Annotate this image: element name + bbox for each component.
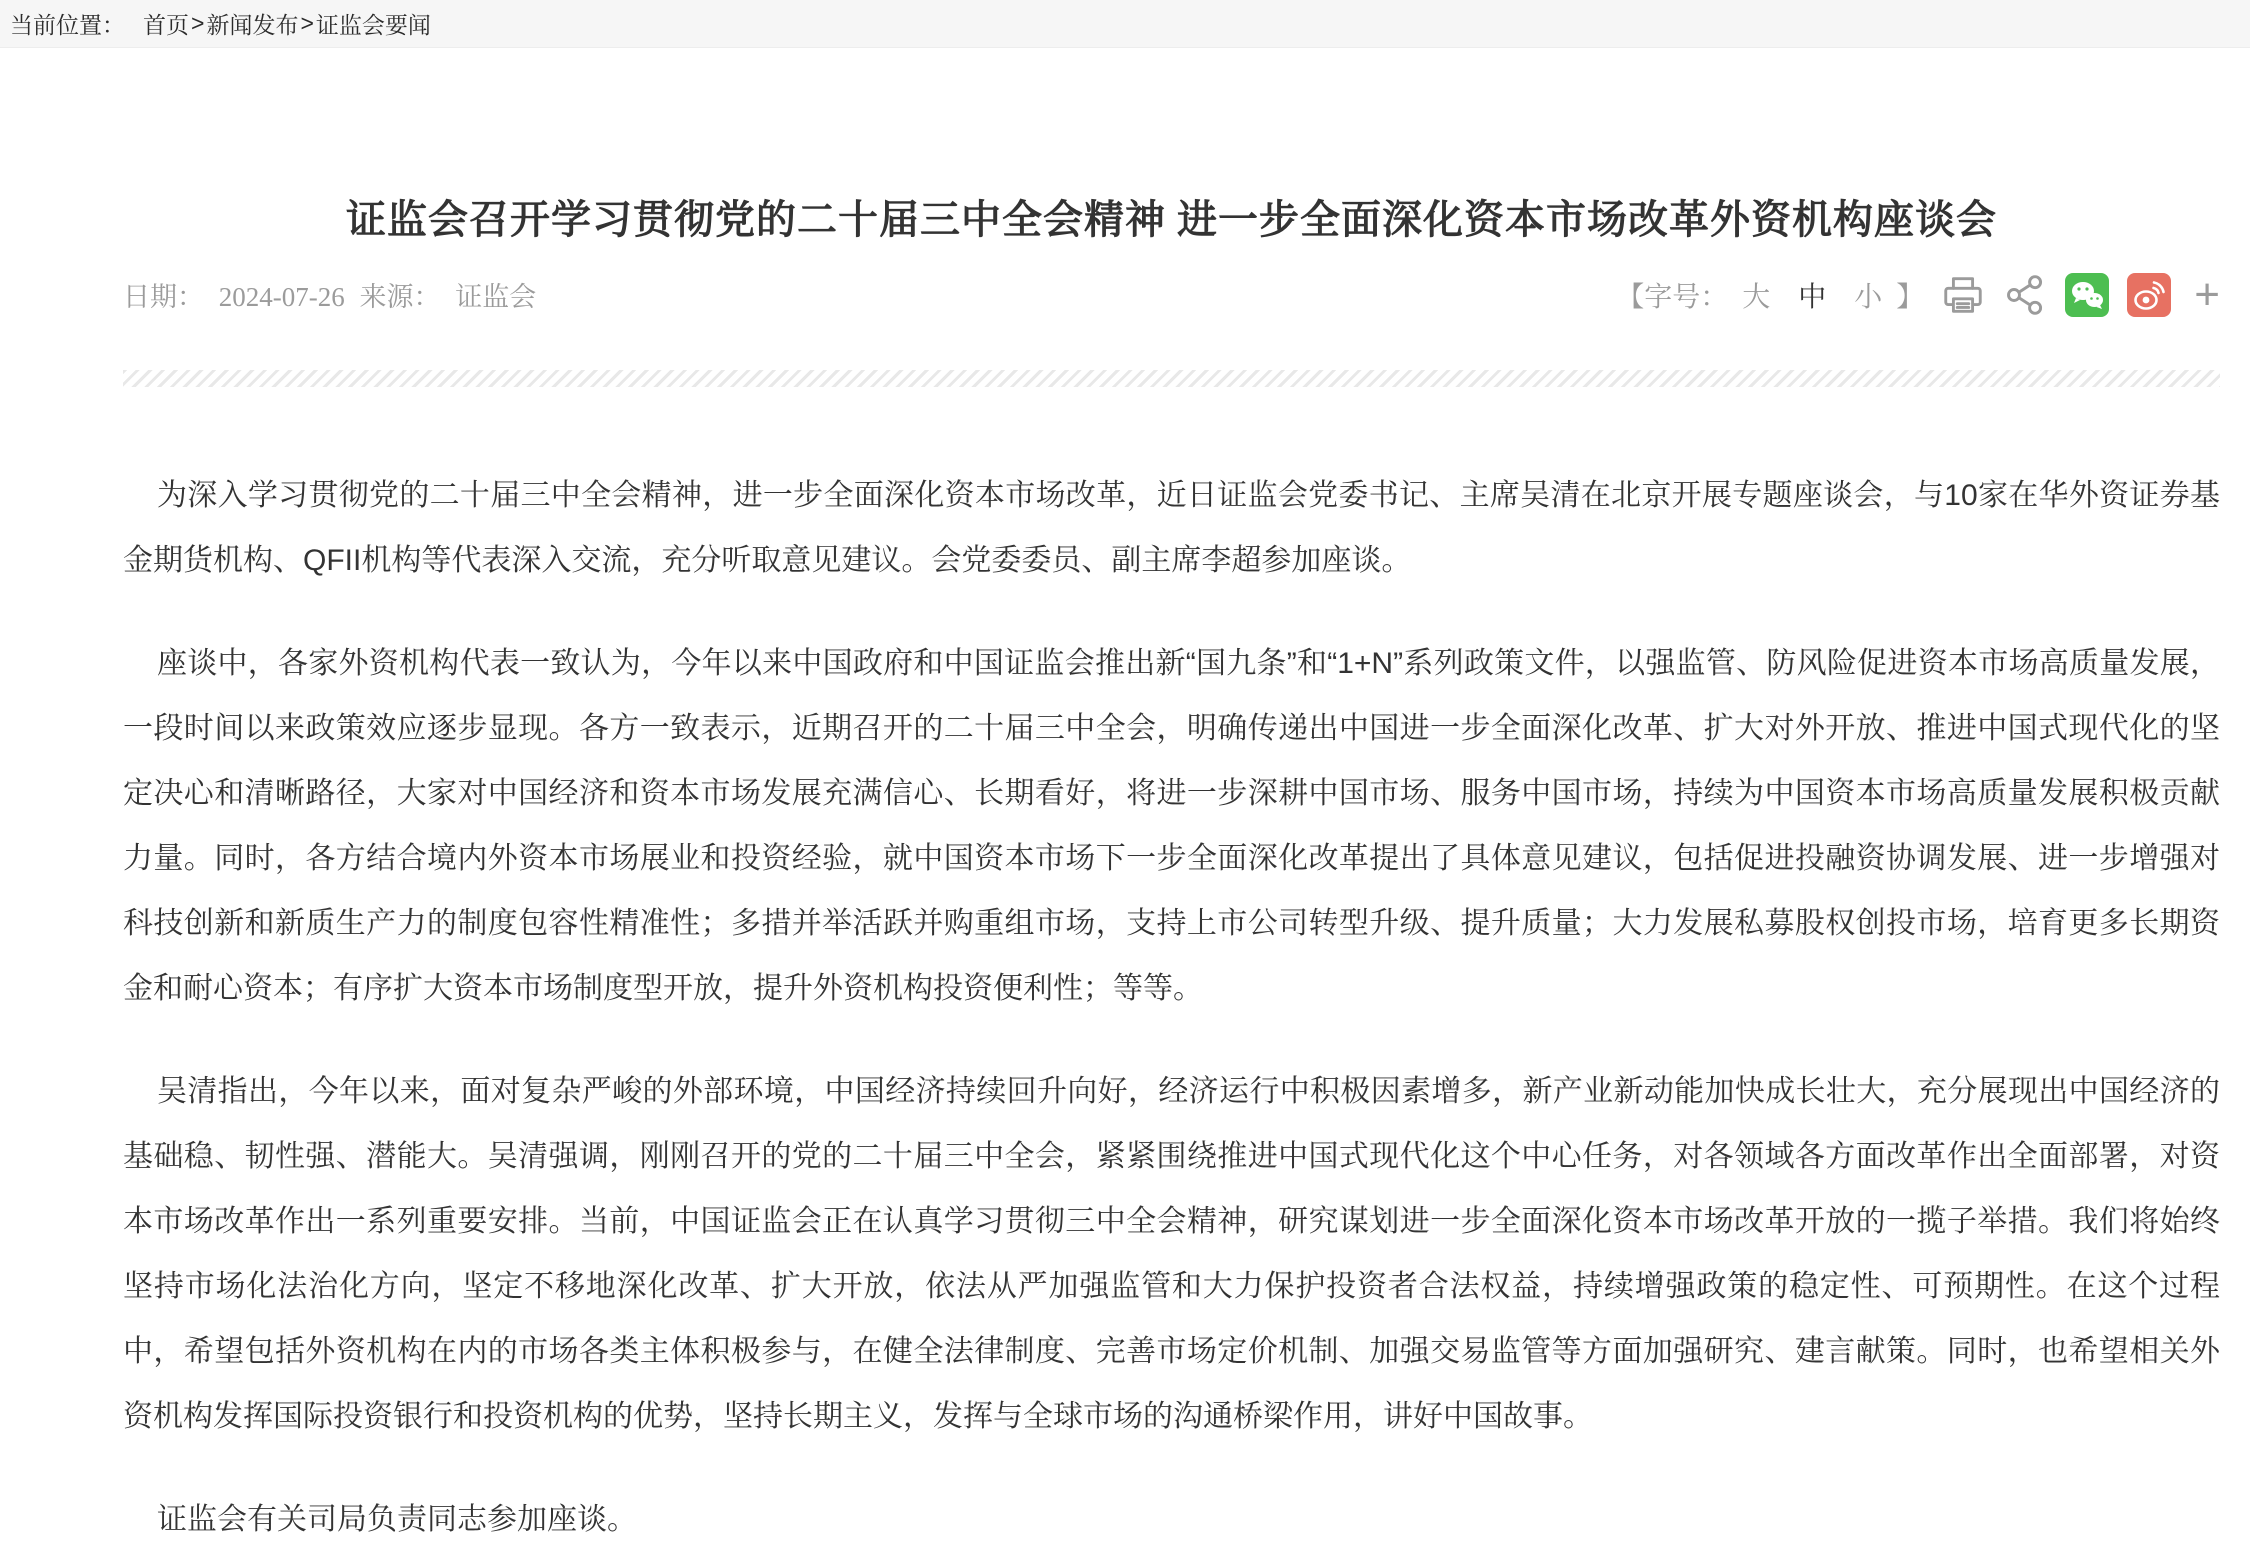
article-toolbar: 【字号： 大 中 小 】 bbox=[1616, 272, 2220, 318]
article-paragraph: 证监会有关司局负责同志参加座谈。 bbox=[123, 1487, 2220, 1552]
article-body: 为深入学习贯彻党的二十届三中全会精神，进一步全面深化资本市场改革，近日证监会党委… bbox=[123, 463, 2220, 1552]
font-size-small-button[interactable]: 小 bbox=[1854, 275, 1882, 315]
source-value: 证监会 bbox=[455, 282, 536, 312]
wechat-icon[interactable] bbox=[2064, 272, 2110, 318]
font-size-open-bracket: 【字号： bbox=[1616, 275, 1728, 315]
font-size-close-bracket: 】 bbox=[1896, 275, 1924, 315]
breadcrumb: 当前位置： 首页 > 新闻发布 > 证监会要闻 bbox=[0, 0, 2250, 48]
hatched-divider bbox=[123, 370, 2220, 387]
article-meta: 日期： 2024-07-26 来源： 证监会 bbox=[123, 275, 544, 314]
font-size-medium-button[interactable]: 中 bbox=[1798, 275, 1826, 315]
breadcrumb-separator: > bbox=[191, 10, 204, 37]
article-title: 证监会召开学习贯彻党的二十届三中全会精神 进一步全面深化资本市场改革外资机构座谈… bbox=[123, 188, 2220, 245]
article-paragraph: 座谈中，各家外资机构代表一致认为，今年以来中国政府和中国证监会推出新“国九条”和… bbox=[123, 631, 2220, 1021]
font-size-control: 【字号： 大 中 小 】 bbox=[1616, 275, 1924, 315]
weibo-icon[interactable] bbox=[2126, 272, 2172, 318]
breadcrumb-item-csrc-highlights[interactable]: 证监会要闻 bbox=[316, 7, 431, 40]
plus-icon[interactable]: + bbox=[2194, 273, 2220, 317]
breadcrumb-label: 当前位置： bbox=[10, 7, 125, 40]
article-container: 证监会召开学习贯彻党的二十届三中全会精神 进一步全面深化资本市场改革外资机构座谈… bbox=[123, 188, 2220, 1552]
date-value: 2024-07-26 bbox=[219, 282, 345, 312]
article-meta-row: 日期： 2024-07-26 来源： 证监会 【字号： 大 中 小 】 bbox=[123, 272, 2220, 318]
source-label: 来源： bbox=[359, 282, 440, 312]
date-label: 日期： bbox=[123, 282, 204, 312]
article-paragraph: 为深入学习贯彻党的二十届三中全会精神，进一步全面深化资本市场改革，近日证监会党委… bbox=[123, 463, 2220, 593]
breadcrumb-item-home[interactable]: 首页 bbox=[143, 7, 189, 40]
share-icon[interactable] bbox=[2002, 272, 2048, 318]
breadcrumb-separator: > bbox=[300, 10, 313, 37]
printer-icon[interactable] bbox=[1940, 272, 1986, 318]
font-size-large-button[interactable]: 大 bbox=[1742, 275, 1770, 315]
article-paragraph: 吴清指出，今年以来，面对复杂严峻的外部环境，中国经济持续回升向好，经济运行中积极… bbox=[123, 1059, 2220, 1449]
breadcrumb-item-news[interactable]: 新闻发布 bbox=[206, 7, 298, 40]
